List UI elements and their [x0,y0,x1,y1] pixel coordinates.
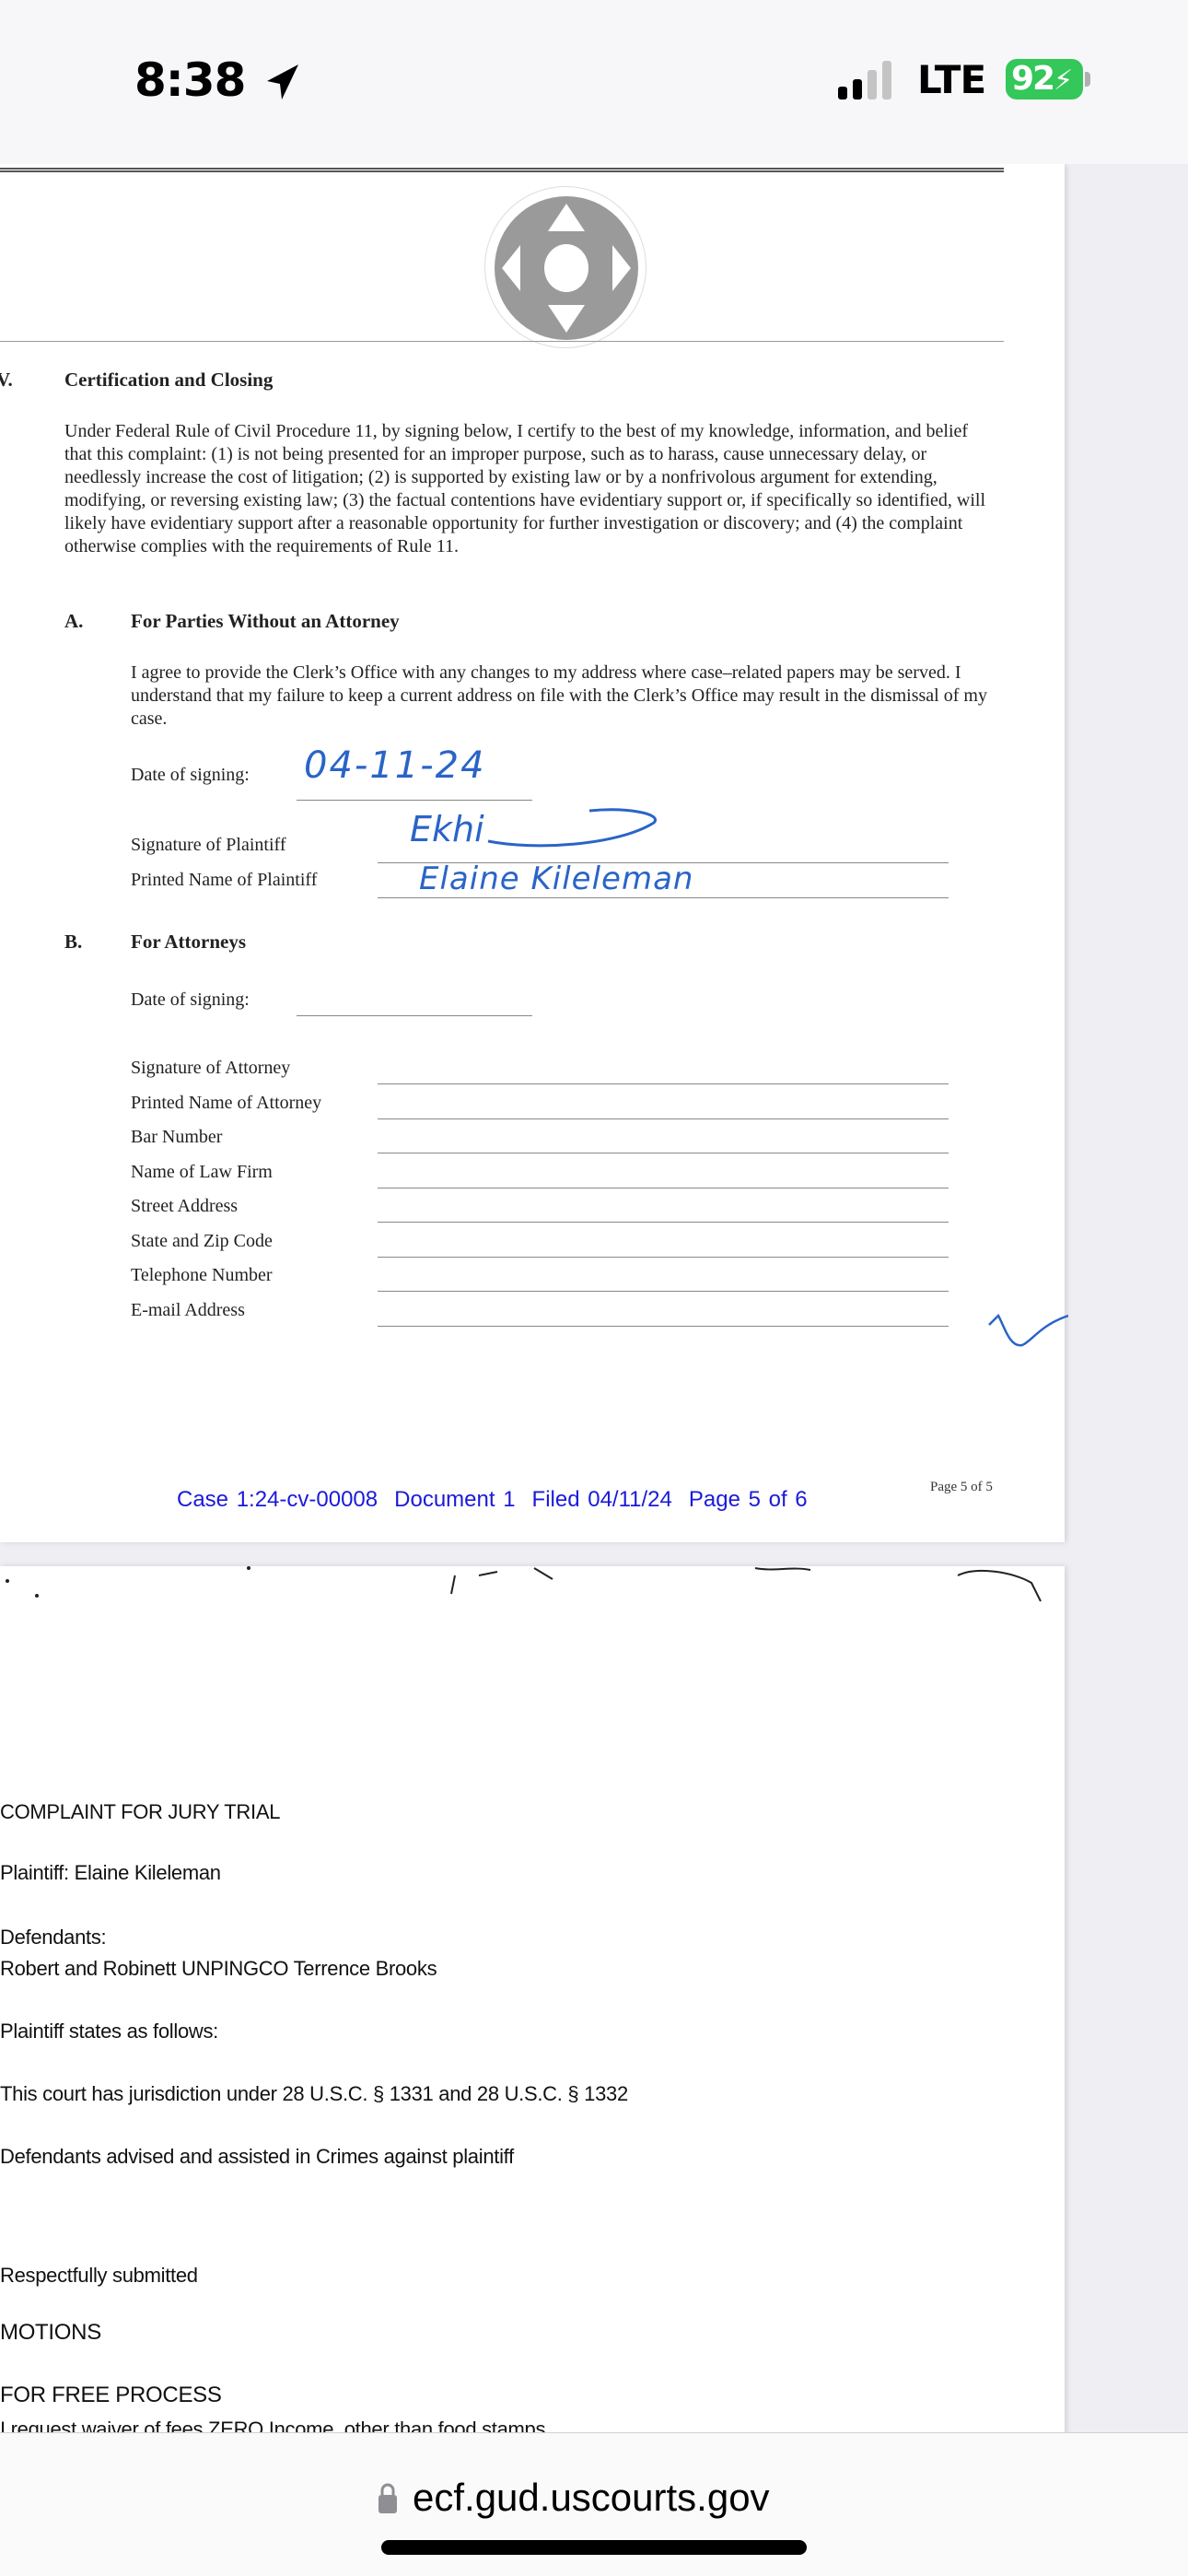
scan-artifacts [0,1566,1065,1612]
attorney-field-line [378,1188,949,1188]
attorney-field-label: Street Address [131,1196,238,1217]
attorney-field-line [378,1222,949,1223]
part-a-title: For Parties Without an Attorney [131,610,400,633]
attorney-field-line [378,1083,949,1084]
printed-name-plaintiff-value: Elaine Kileleman [419,861,693,897]
attorney-field-label: E-mail Address [131,1300,245,1321]
free-process-heading: FOR FREE PROCESS [0,2383,222,2408]
ink-mark [985,1306,1068,1362]
attorney-field-label: Name of Law Firm [131,1162,273,1183]
attorney-field-line [378,1326,949,1327]
lock-icon [378,2482,398,2513]
part-b-letter: B. [64,931,82,954]
signature-flourish [479,800,663,855]
printed-name-plaintiff-label: Printed Name of Plaintiff [131,870,317,891]
attorney-date-label: Date of signing: [131,989,250,1011]
stamp-page: Page 5 of 6 [689,1487,808,1512]
section-number: V. [0,369,13,392]
page-footer: Page 5 of 5 [930,1480,993,1495]
attorney-field-label: Signature of Attorney [131,1058,290,1079]
cellular-signal-icon [838,61,899,100]
defendants-label: Defendants: [0,1926,106,1950]
certification-text: Under Federal Rule of Civil Procedure 11… [64,420,995,558]
statement-jurisdiction: This court has jurisdiction under 28 U.S… [0,2082,628,2106]
pan-navigation-control[interactable] [484,186,646,348]
stamp-document: Document 1 [394,1487,515,1512]
pdf-page-6-continued: Respectfully submitted MOTIONS FOR FREE … [0,2211,1065,2432]
attorney-field-line [378,1153,949,1153]
part-a-letter: A. [64,610,83,633]
signature-plaintiff-label: Signature of Plaintiff [131,835,286,856]
battery-nub [1085,72,1090,87]
date-of-signing-value: 04-11-24 [304,744,486,787]
battery-icon: 92⚡ [1006,59,1083,100]
part-a-text: I agree to provide the Clerk’s Office wi… [131,662,996,731]
attorney-field-line [378,1257,949,1258]
attorney-date-line [297,1015,532,1016]
url-domain: ecf.gud.uscourts.gov [413,2476,770,2520]
part-b-title: For Attorneys [131,931,246,954]
header-rule [0,168,1004,172]
url-display[interactable]: ecf.gud.uscourts.gov [378,2476,770,2520]
statement-intro: Plaintiff states as follows: [0,2020,218,2043]
statement-2: Defendants advised and assisted in Crime… [0,2145,514,2169]
attorney-field-line [378,1118,949,1119]
date-of-signing-label: Date of signing: [131,765,250,786]
section-title: Certification and Closing [64,369,273,392]
battery-level: 92 [1011,60,1054,98]
attorney-field-label: Printed Name of Attorney [131,1093,321,1114]
plaintiff-line: Plaintiff: Elaine Kileleman [0,1861,221,1885]
stamp-case: Case 1:24-cv-00008 [177,1487,378,1512]
printed-name-line [378,897,949,898]
network-type: LTE [917,57,985,102]
defendants-names: Robert and Robinett UNPINGCO Terrence Br… [0,1957,437,1981]
charging-bolt-icon: ⚡ [1054,64,1071,97]
safari-address-bar[interactable]: ecf.gud.uscourts.gov [0,2432,1188,2576]
section-rule [0,341,1004,342]
attorney-field-line [378,1291,949,1292]
ecf-filing-stamp: Case 1:24-cv-00008Document 1Filed 04/11/… [177,1487,824,1513]
clock: 8:38 [134,53,245,107]
signature-plaintiff-value: Ekhi [410,809,484,849]
waiver-request-text: I request waiver of fees ZERO Income, ot… [0,2418,545,2432]
complaint-title: COMPLAINT FOR JURY TRIAL [0,1800,280,1824]
home-indicator[interactable] [381,2540,807,2555]
dpad-icon [493,194,640,342]
pdf-viewer[interactable]: V. Certification and Closing Under Feder… [0,164,1188,2432]
attorney-field-label: Bar Number [131,1127,222,1148]
pdf-page-5: V. Certification and Closing Under Feder… [0,164,1065,1542]
stamp-filed: Filed 04/11/24 [532,1487,672,1512]
location-arrow-icon [262,61,304,103]
closing-line: Respectfully submitted [0,2264,198,2288]
motions-heading: MOTIONS [0,2320,101,2346]
attorney-field-label: Telephone Number [131,1265,273,1286]
status-bar: 8:38 LTE 92⚡ [0,0,1188,164]
attorney-field-label: State and Zip Code [131,1231,273,1252]
